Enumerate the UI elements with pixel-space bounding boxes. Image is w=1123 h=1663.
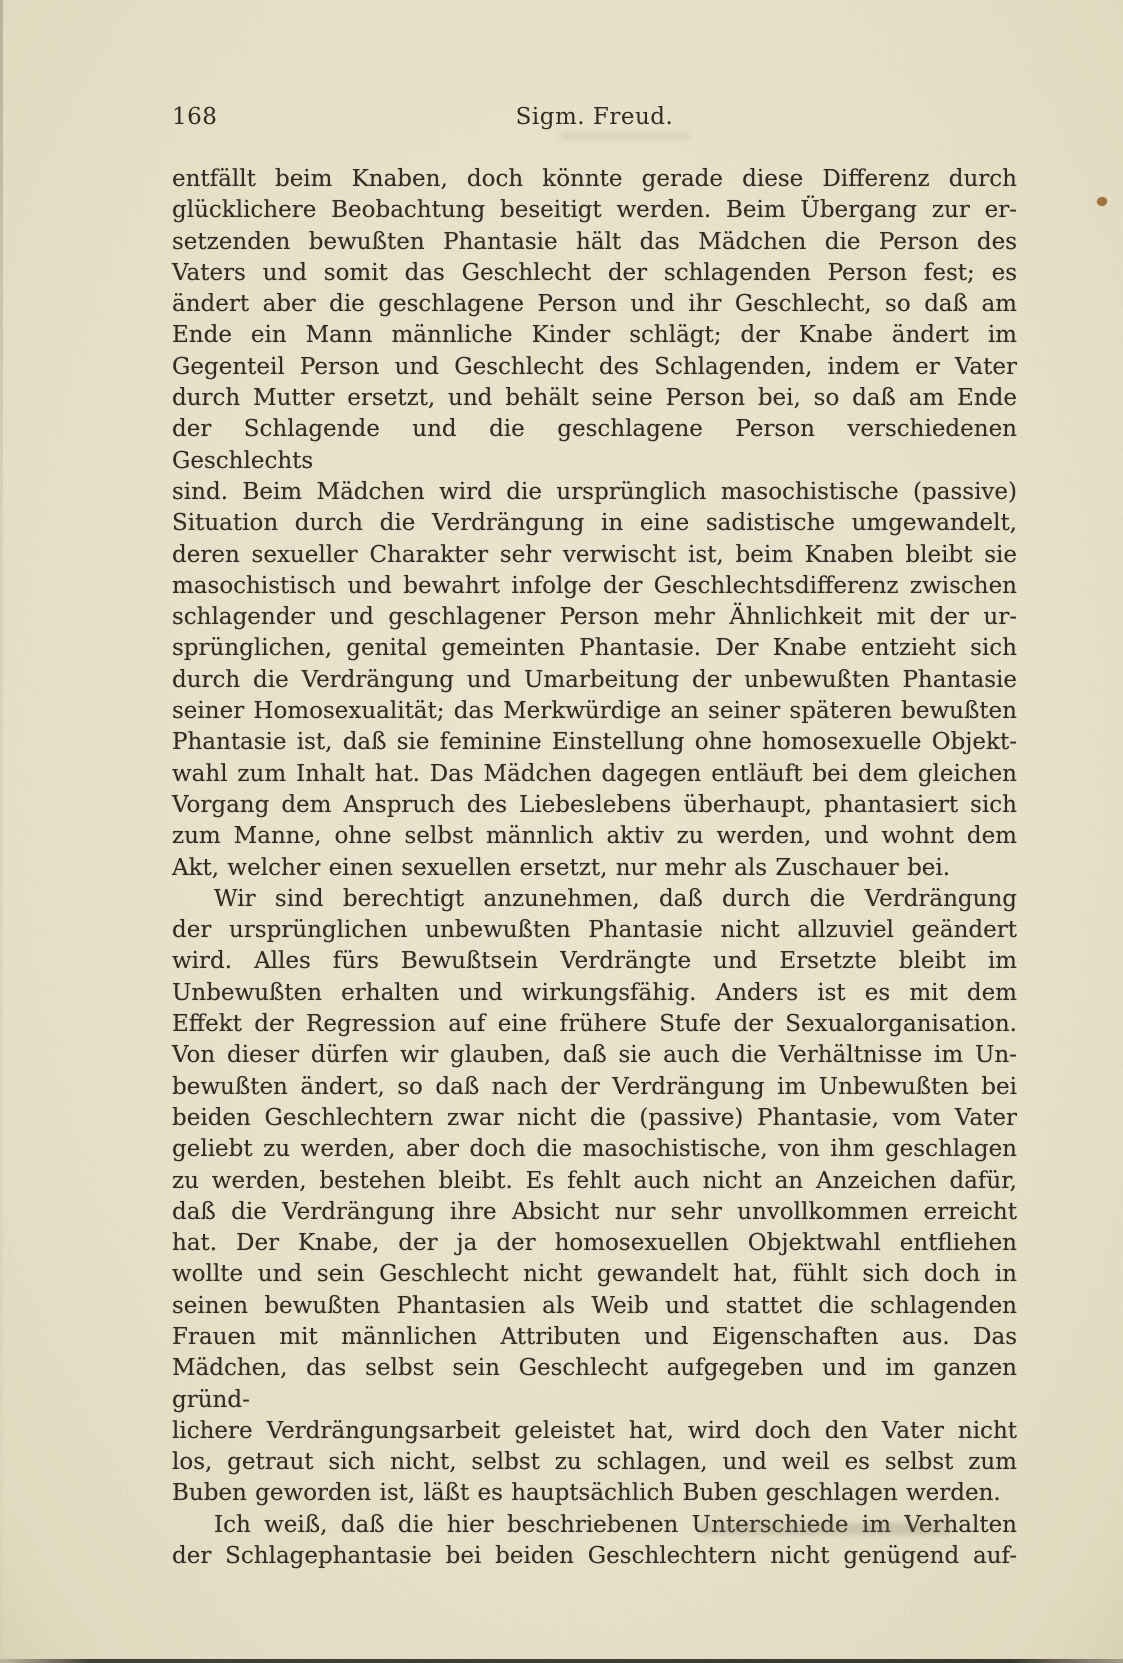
text-line: der ursprünglichen unbewußten Phantasie … bbox=[172, 915, 1017, 946]
scanned-book-page: 168 Sigm. Freud. entfällt beim Knaben, d… bbox=[0, 0, 1123, 1663]
text-line: Buben geworden ist, läßt es hauptsächlic… bbox=[172, 1478, 1017, 1509]
text-line: Vorgang dem Anspruch des Liebeslebens üb… bbox=[172, 790, 1017, 821]
text-line: Von dieser dürfen wir glauben, daß sie a… bbox=[172, 1040, 1017, 1071]
text-line: setzenden bewußten Phantasie hält das Mä… bbox=[172, 227, 1017, 258]
text-line: zu werden, bestehen bleibt. Es fehlt auc… bbox=[172, 1166, 1017, 1197]
text-line: entfällt beim Knaben, doch könnte gerade… bbox=[172, 164, 1017, 195]
text-line: sprünglichen, genital gemeinten Phantasi… bbox=[172, 633, 1017, 664]
text-line: Ich weiß, daß die hier beschriebenen Unt… bbox=[172, 1510, 1017, 1541]
text-line: seinen bewußten Phantasien als Weib und … bbox=[172, 1291, 1017, 1322]
text-line: der Schlagephantasie bei beiden Geschlec… bbox=[172, 1541, 1017, 1572]
text-line: glücklichere Beobachtung beseitigt werde… bbox=[172, 195, 1017, 226]
text-line: Mädchen, das selbst sein Geschlecht aufg… bbox=[172, 1353, 1017, 1416]
text-line: masochistisch und bewahrt infolge der Ge… bbox=[172, 571, 1017, 602]
text-line: lichere Verdrängungsarbeit geleistet hat… bbox=[172, 1416, 1017, 1447]
text-line: Phantasie ist, daß sie feminine Einstell… bbox=[172, 727, 1017, 758]
text-line: Situation durch die Verdrängung in eine … bbox=[172, 508, 1017, 539]
text-line: sind. Beim Mädchen wird die ursprünglich… bbox=[172, 477, 1017, 508]
text-line: Effekt der Regression auf eine frühere S… bbox=[172, 1009, 1017, 1040]
text-line: wird. Alles fürs Bewußtsein Verdrängte u… bbox=[172, 946, 1017, 977]
text-line: durch Mutter ersetzt, und behält seine P… bbox=[172, 383, 1017, 414]
text-line: Unbewußten erhalten und wirkungsfähig. A… bbox=[172, 978, 1017, 1009]
body-text: entfällt beim Knaben, doch könnte gerade… bbox=[172, 164, 1017, 1572]
text-line: durch die Verdrängung und Umarbeitung de… bbox=[172, 665, 1017, 696]
text-line: geliebt zu werden, aber doch die masochi… bbox=[172, 1134, 1017, 1165]
foxing-spot bbox=[1096, 196, 1108, 207]
text-line: Ende ein Mann männliche Kinder schlägt; … bbox=[172, 320, 1017, 351]
text-line: schlagender und geschlagener Person mehr… bbox=[172, 602, 1017, 633]
text-line: deren sexueller Charakter sehr verwischt… bbox=[172, 540, 1017, 571]
running-head-title: Sigm. Freud. bbox=[172, 104, 1017, 130]
text-line: los, getraut sich nicht, selbst zu schla… bbox=[172, 1447, 1017, 1478]
text-line: daß die Verdrängung ihre Absicht nur seh… bbox=[172, 1197, 1017, 1228]
text-line: Vaters und somit das Geschlecht der schl… bbox=[172, 258, 1017, 289]
running-header: 168 Sigm. Freud. bbox=[172, 104, 1017, 136]
text-line: wahl zum Inhalt hat. Das Mädchen dagegen… bbox=[172, 759, 1017, 790]
text-line: wollte und sein Geschlecht nicht gewande… bbox=[172, 1259, 1017, 1290]
text-line: hat. Der Knabe, der ja der homosexuellen… bbox=[172, 1228, 1017, 1259]
text-line: ändert aber die geschlagene Person und i… bbox=[172, 289, 1017, 320]
text-line: beiden Geschlechtern zwar nicht die (pas… bbox=[172, 1103, 1017, 1134]
text-line: Frauen mit männlichen Attributen und Eig… bbox=[172, 1322, 1017, 1353]
text-line: seiner Homosexualität; das Merkwürdige a… bbox=[172, 696, 1017, 727]
text-line: bewußten ändert, so daß nach der Verdrän… bbox=[172, 1072, 1017, 1103]
text-line: zum Manne, ohne selbst männlich aktiv zu… bbox=[172, 821, 1017, 852]
text-line: Akt, welcher einen sexuellen ersetzt, nu… bbox=[172, 853, 1017, 884]
text-line: Wir sind berechtigt anzunehmen, daß durc… bbox=[172, 884, 1017, 915]
text-line: Gegenteil Person und Geschlecht des Schl… bbox=[172, 352, 1017, 383]
scan-left-edge-shadow bbox=[0, 0, 3, 1663]
scan-bottom-edge bbox=[0, 1659, 1123, 1663]
text-line: der Schlagende und die geschlagene Perso… bbox=[172, 414, 1017, 477]
